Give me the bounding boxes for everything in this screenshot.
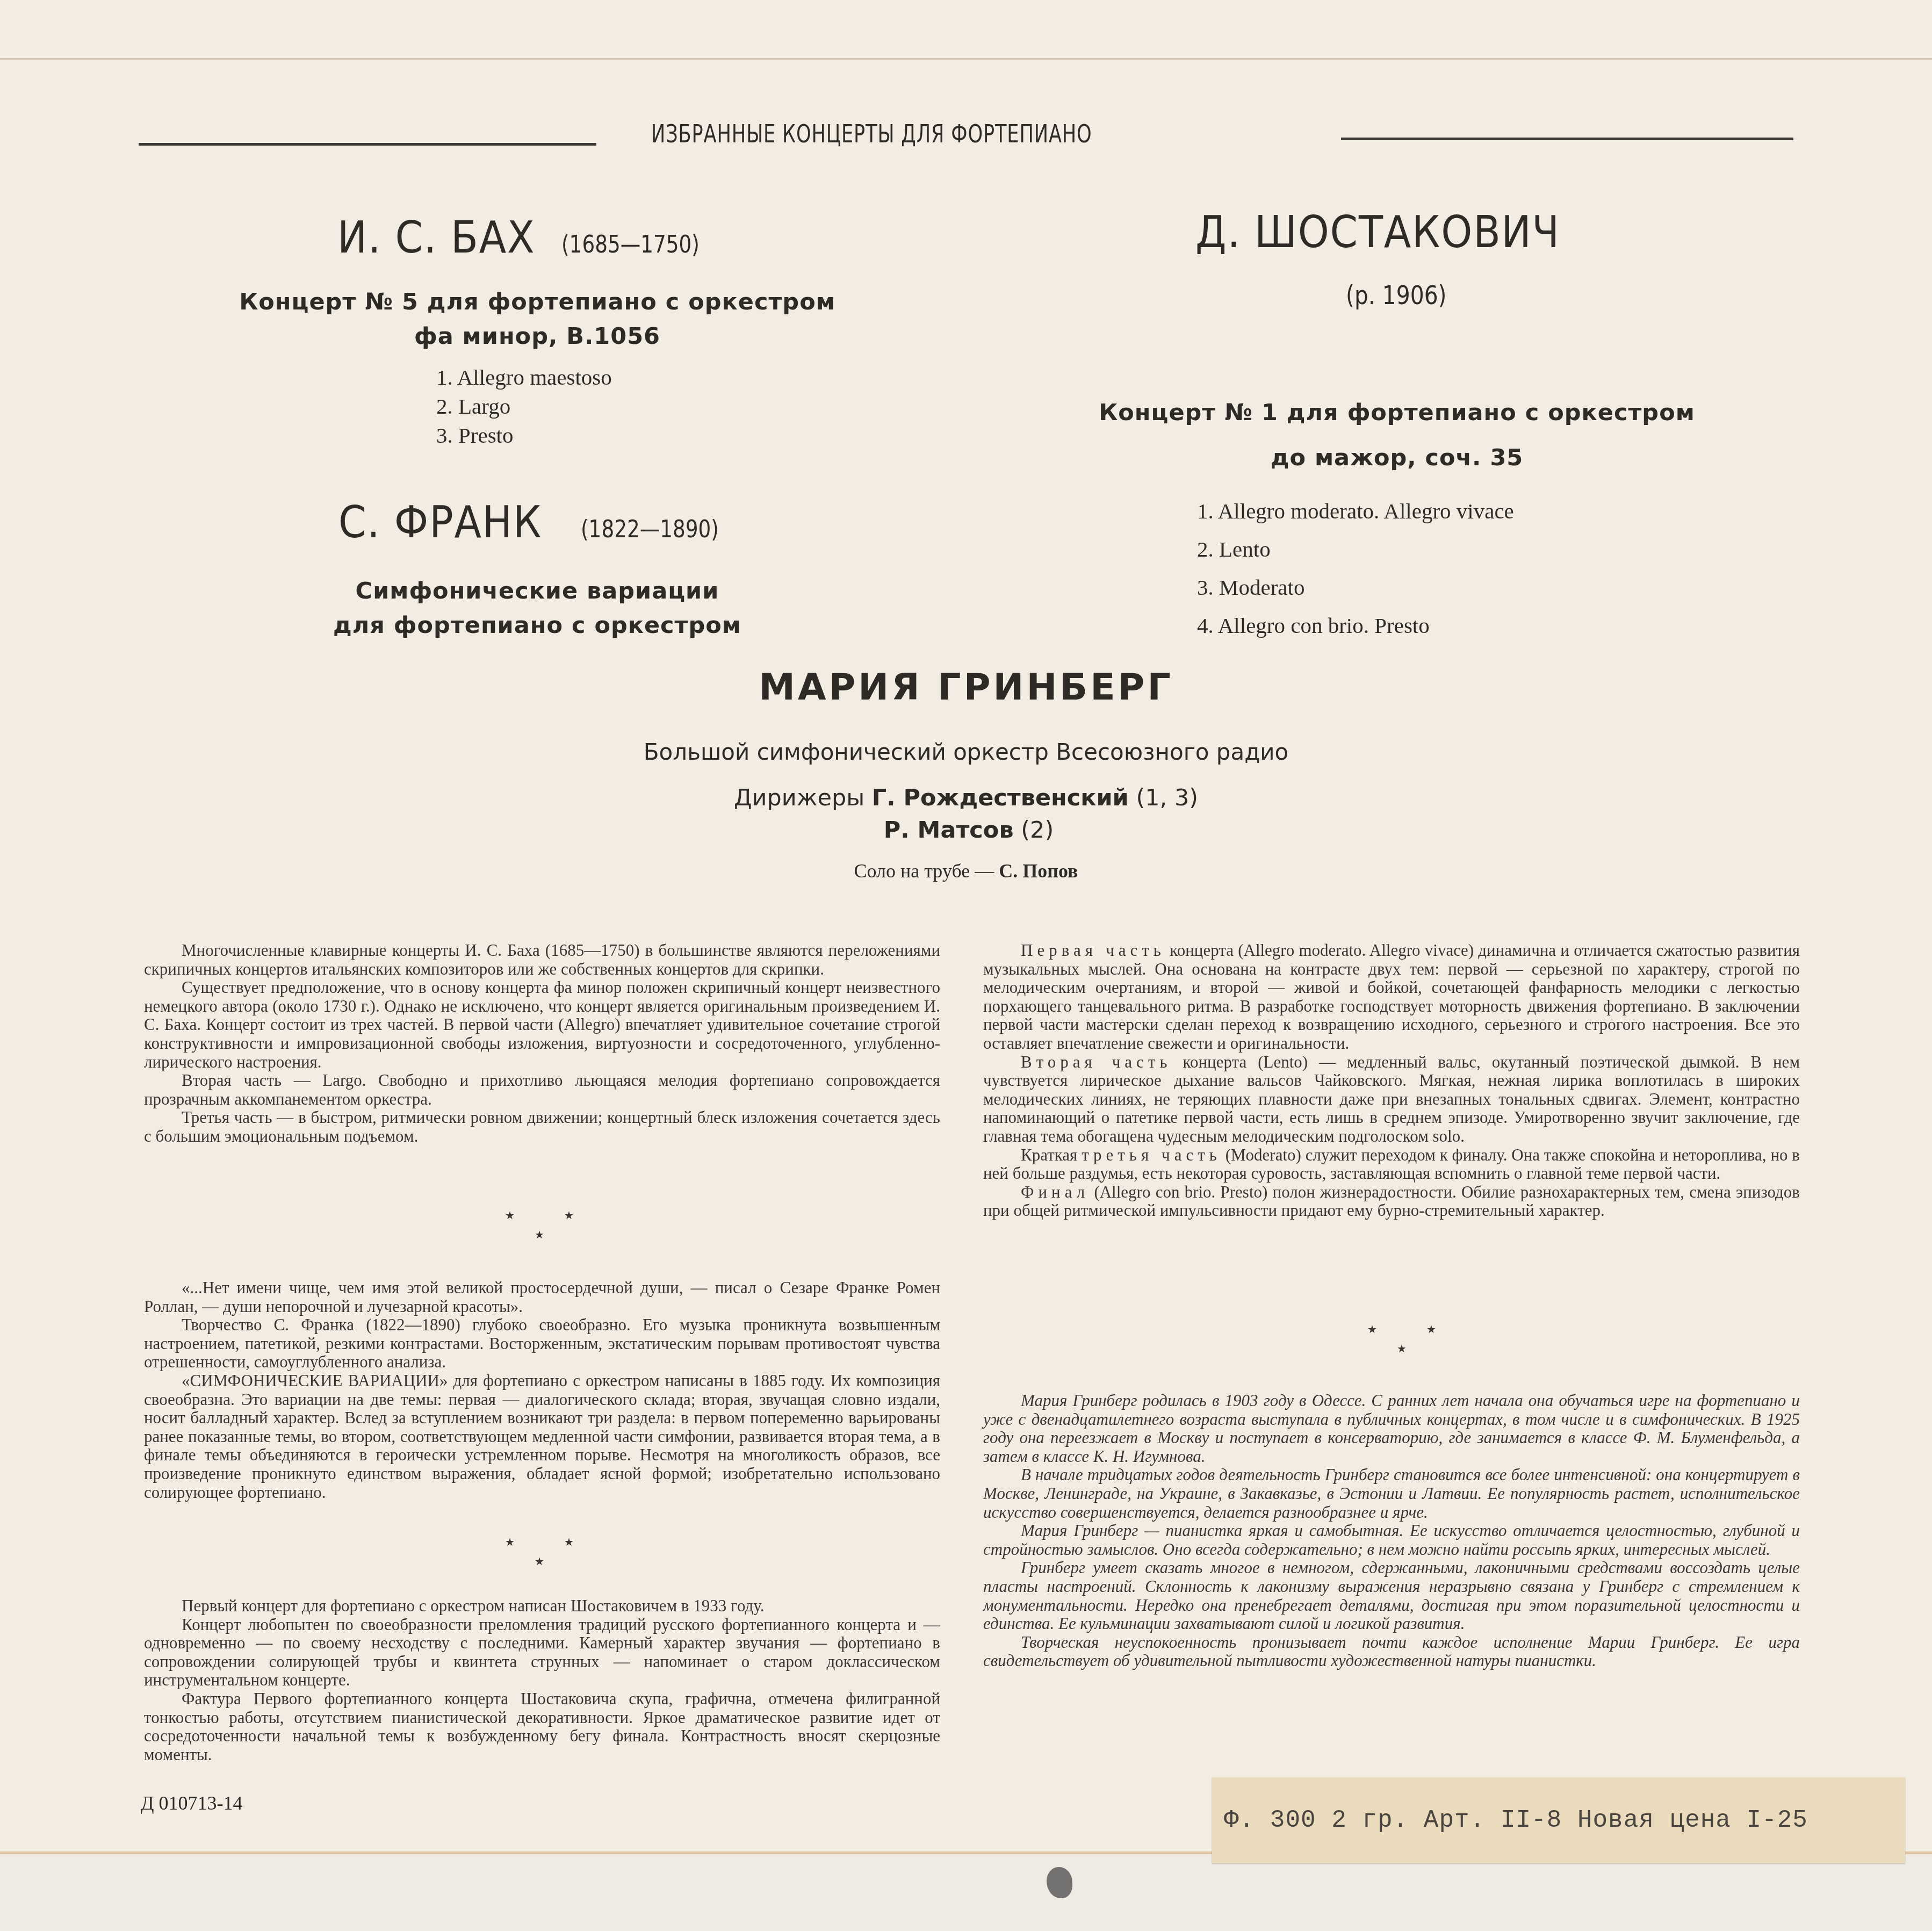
paragraph: Вторая часть — Largo. Свободно и прихотл…: [144, 1071, 940, 1108]
work-line: для фортепиано с оркестром: [269, 608, 806, 643]
conductor-name: Г. Рождественский: [872, 784, 1129, 811]
composer-name: Д. ШОСТАКОВИЧ: [1195, 207, 1560, 258]
work-line: Концерт № 5 для фортепиано с оркестром: [161, 285, 913, 319]
paragraph: Первый концерт для фортепиано с оркестро…: [144, 1597, 940, 1616]
composer-franck: С. ФРАНК(1822—1890): [338, 497, 744, 548]
movement: 1. Allegro maestoso: [436, 363, 612, 392]
paragraph: В начале тридцатых годов деятельность Гр…: [983, 1466, 1800, 1522]
conductor-name: Р. Матсов: [884, 817, 1014, 844]
separator-stars: ★ ★ ★: [500, 1536, 575, 1562]
movements-shostakovich: 1. Allegro moderato. Allegro vivace 2. L…: [1197, 492, 1514, 645]
paragraph: «...Нет имени чище, чем имя этой великой…: [144, 1279, 940, 1316]
conductor2-line: Р. Матсов (2): [0, 817, 1932, 844]
paragraph: Мария Гринберг — пианистка яркая и самоб…: [983, 1522, 1800, 1559]
work-line: до мажор, соч. 35: [1048, 435, 1746, 480]
movement: 1. Allegro moderato. Allegro vivace: [1197, 492, 1514, 530]
work-line: Концерт № 1 для фортепиано с оркестром: [1048, 390, 1746, 435]
movement: 3. Moderato: [1197, 568, 1514, 607]
work-title-franck: Симфонические вариации для фортепиано с …: [269, 574, 806, 643]
composer-years: (1685—1750): [561, 231, 700, 258]
price-sticker: Ф. 300 2 гр. Арт. II-8 Новая цена I-25: [1212, 1777, 1905, 1863]
paragraph: Гринберг умеет сказать многое в немногом…: [983, 1559, 1800, 1633]
work-title-shostakovich: Концерт № 1 для фортепиано с оркестром д…: [1048, 390, 1746, 480]
paragraph: Финал (Allegro con brio. Presto) полон ж…: [983, 1183, 1800, 1220]
movement: 3. Presto: [436, 421, 612, 450]
notes-shostakovich-movements: Первая часть концерта (Allegro moderato.…: [983, 941, 1800, 1220]
composer-name: И. С. БАХ: [337, 212, 535, 263]
header-rule-left: [139, 143, 596, 146]
composer-name: С. ФРАНК: [338, 497, 542, 548]
composer-shostakovich-years: (р. 1906): [1342, 280, 1465, 311]
paragraph: Творческая неуспокоенность пронизывает п…: [983, 1633, 1800, 1670]
header-rule-right: [1341, 138, 1793, 140]
paragraph: Многочисленные клавирные концерты И. С. …: [144, 941, 940, 978]
series-title: ИЗБРАННЫЕ КОНЦЕРТЫ ДЛЯ ФОРТЕПИАНО: [651, 119, 1092, 148]
conductors-line: Дирижеры Г. Рождественский (1, 3): [0, 784, 1932, 811]
separator-stars: ★ ★ ★: [1362, 1323, 1437, 1350]
sleeve-top-fold: [0, 58, 1932, 60]
trumpet-soloist-line: Соло на трубе — С. Попов: [0, 860, 1932, 882]
composer-bach: И. С. БАХ(1685—1750): [337, 212, 724, 263]
orchestra-name: Большой симфонический оркестр Всесоюзног…: [0, 739, 1932, 765]
paragraph: Фактура Первого фортепианного концерта Ш…: [144, 1690, 940, 1764]
separator-stars: ★ ★ ★: [500, 1209, 575, 1236]
paragraph: Вторая часть концерта (Lento) — медленны…: [983, 1053, 1800, 1146]
paragraph: Третья часть — в быстром, ритмически ров…: [144, 1108, 940, 1145]
composer-shostakovich: Д. ШОСТАКОВИЧ: [1195, 207, 1601, 258]
notes-bach: Многочисленные клавирные концерты И. С. …: [144, 941, 940, 1146]
notes-biography: Мария Гринберг родилась в 1903 году в Од…: [983, 1392, 1800, 1670]
movements-bach: 1. Allegro maestoso 2. Largo 3. Presto: [436, 363, 612, 450]
soloist-name: МАРИЯ ГРИНБЕРГ: [0, 666, 1932, 709]
sleeve-bottom-flap: [0, 1855, 1932, 1931]
movement: 2. Lento: [1197, 530, 1514, 568]
paragraph: Концерт любопытен по своеобразности прел…: [144, 1616, 940, 1690]
paragraph: «СИМФОНИЧЕСКИЕ ВАРИАЦИИ» для фортепиано …: [144, 1372, 940, 1502]
price-sticker-text: Ф. 300 2 гр. Арт. II-8 Новая цена I-25: [1224, 1806, 1808, 1834]
work-line: Симфонические вариации: [269, 574, 806, 608]
movement: 2. Largo: [436, 392, 612, 421]
work-title-bach: Концерт № 5 для фортепиано с оркестром ф…: [161, 285, 913, 354]
composer-years: (1822—1890): [581, 516, 719, 543]
catalog-number: Д 010713-14: [141, 1792, 243, 1814]
paragraph: Существует предположение, что в основу к…: [144, 978, 940, 1071]
paragraph: Мария Гринберг родилась в 1903 году в Од…: [983, 1392, 1800, 1466]
paragraph: Творчество С. Франка (1822—1890) глубоко…: [144, 1316, 940, 1372]
work-line: фа минор, B.1056: [161, 319, 913, 354]
series-header: ИЗБРАННЫЕ КОНЦЕРТЫ ДЛЯ ФОРТЕПИАНО: [0, 119, 1932, 152]
paragraph: Краткая третья часть (Moderato) служит п…: [983, 1146, 1800, 1183]
notes-franck: «...Нет имени чище, чем имя этой великой…: [144, 1279, 940, 1502]
paragraph: Первая часть концерта (Allegro moderato.…: [983, 941, 1800, 1053]
movement: 4. Allegro con brio. Presto: [1197, 607, 1514, 645]
notes-shostakovich: Первый концерт для фортепиано с оркестро…: [144, 1597, 940, 1764]
